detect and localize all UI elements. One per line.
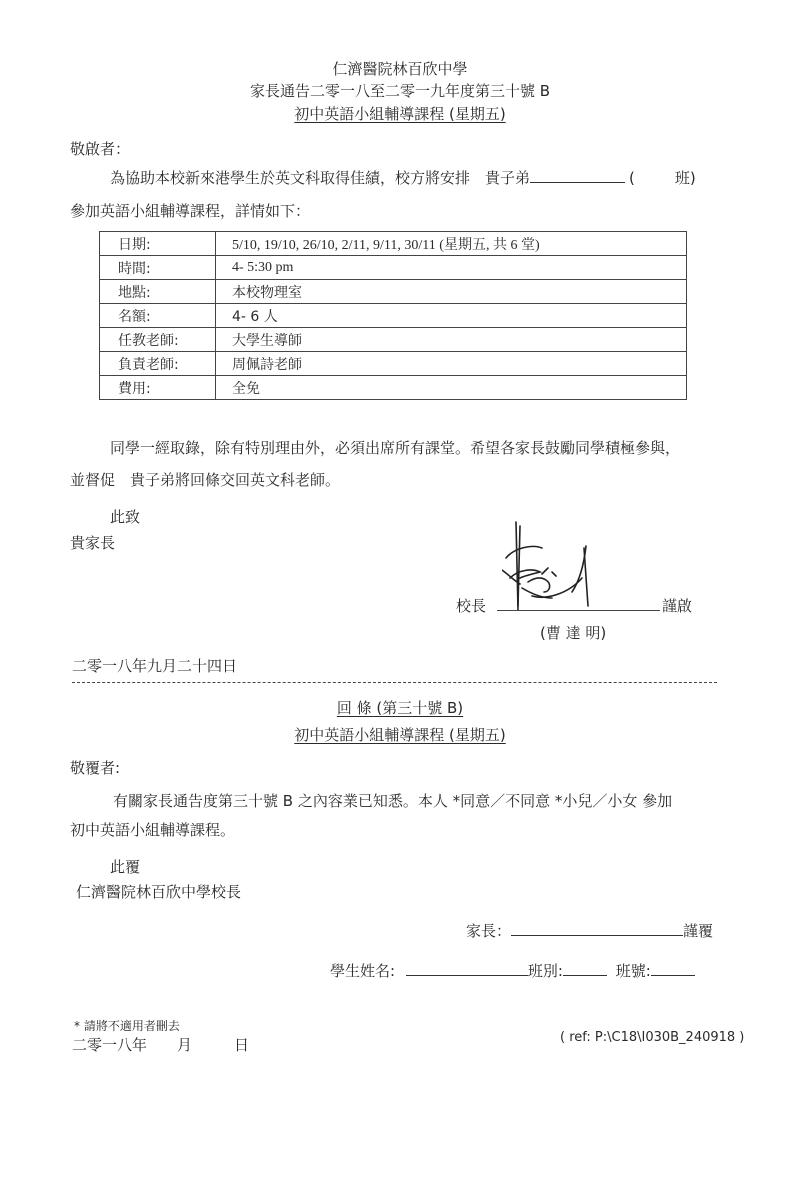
course-details-table: 日期:5/10, 19/10, 26/10, 2/11, 9/11, 30/11… [99, 231, 687, 400]
detail-value: 4- 5:30 pm [216, 256, 687, 280]
parent-label: 家長： [466, 922, 511, 940]
detail-label: 費用: [100, 376, 216, 400]
detail-label: 地點: [100, 280, 216, 304]
detail-label: 負責老師: [100, 352, 216, 376]
class-number-field[interactable] [651, 961, 695, 976]
principal-suffix: 謹啟 [662, 595, 692, 616]
class-field-label: 班別: [528, 962, 563, 980]
letter-date: 二零一八年九月二十四日 [72, 655, 237, 676]
closing-recipient: 貴家長 [70, 532, 115, 553]
table-row: 費用:全免 [100, 376, 687, 400]
principal-signature-icon [502, 518, 612, 613]
reply-body-line1: 有關家長通告度第三十號 B 之內容業已知悉。本人 *同意／不同意 *小兒／小女 … [113, 790, 672, 811]
detail-value: 周佩詩老師 [216, 352, 687, 376]
para2-line1: 同學一經取錄，除有特別理由外，必須出席所有課堂。希望各家長鼓勵同學積極參與， [110, 437, 680, 458]
school-name: 仁濟醫院林百欣中學 [0, 58, 800, 79]
notice-number: 家長通告二零一八至二零一九年度第三十號 B [0, 80, 800, 101]
detail-label: 時間: [100, 256, 216, 280]
table-row: 任教老師:大學生導師 [100, 328, 687, 352]
reply-slip-title: 回 條 (第三十號 B) [0, 697, 800, 718]
para1-line1-prefix: 為協助本校新來港學生於英文科取得佳績，校方將安排 貴子弟 [110, 169, 530, 187]
reference-code: ( ref: P:\C18\I030B_240918 ) [560, 1030, 744, 1045]
notice-title: 初中英語小組輔導課程 (星期五) [0, 103, 800, 124]
detail-value: 本校物理室 [216, 280, 687, 304]
reply-date: 二零一八年月日 [72, 1034, 249, 1055]
table-row: 時間:4- 5:30 pm [100, 256, 687, 280]
class-label: 班) [675, 169, 696, 187]
reply-date-day: 日 [234, 1036, 249, 1054]
para1-line1: 為協助本校新來港學生於英文科取得佳績，校方將安排 貴子弟(班) [110, 167, 696, 188]
detail-label: 日期: [100, 232, 216, 256]
reply-slip-subtitle: 初中英語小組輔導課程 (星期五) [0, 724, 800, 745]
reply-slip-subtitle-text: 初中英語小組輔導課程 (星期五) [294, 726, 505, 744]
parent-suffix: 謹覆 [683, 922, 713, 940]
student-name-field[interactable] [406, 961, 528, 976]
parent-signature-row: 家長：謹覆 [466, 920, 713, 941]
salutation: 敬啟者： [70, 138, 130, 159]
para2-line2: 並督促 貴子弟將回條交回英文科老師。 [70, 469, 340, 490]
reply-closing: 此覆 [110, 856, 140, 877]
detail-value: 大學生導師 [216, 328, 687, 352]
class-number-label: 班號: [616, 962, 651, 980]
principal-label: 校長 [456, 595, 486, 616]
class-open-paren: ( [629, 169, 635, 187]
principal-name: (曹 達 明) [540, 622, 606, 643]
student-info-row: 學生姓名: 班別: 班號: [330, 960, 695, 981]
detail-value: 5/10, 19/10, 26/10, 2/11, 9/11, 30/11 (星… [216, 232, 687, 256]
student-name-label: 學生姓名: [330, 962, 395, 980]
reply-date-year: 二零一八年 [72, 1036, 147, 1054]
reply-salutation: 敬覆者: [70, 757, 120, 778]
table-row: 地點:本校物理室 [100, 280, 687, 304]
detail-value: 全免 [216, 376, 687, 400]
para1-line2: 參加英語小組輔導課程，詳情如下： [70, 200, 310, 221]
reply-slip-title-text: 回 條 (第三十號 B) [337, 699, 463, 717]
table-row: 名額:4- 6 人 [100, 304, 687, 328]
table-row: 負責老師:周佩詩老師 [100, 352, 687, 376]
reply-body-line2: 初中英語小組輔導課程。 [70, 819, 235, 840]
detail-label: 名額: [100, 304, 216, 328]
footnote: * 請將不適用者刪去 [74, 1017, 180, 1034]
closing-regards: 此致 [110, 506, 140, 527]
class-field[interactable] [563, 961, 607, 976]
parent-signature-field[interactable] [511, 921, 683, 936]
child-name-blank[interactable] [530, 168, 625, 183]
notice-title-text: 初中英語小組輔導課程 (星期五) [294, 105, 505, 123]
reply-date-month: 月 [177, 1036, 192, 1054]
principal-signature-line [497, 610, 660, 611]
detail-label: 任教老師: [100, 328, 216, 352]
reply-recipient: 仁濟醫院林百欣中學校長 [76, 881, 241, 902]
detail-value: 4- 6 人 [216, 304, 687, 328]
table-row: 日期:5/10, 19/10, 26/10, 2/11, 9/11, 30/11… [100, 232, 687, 256]
tear-off-divider [72, 682, 717, 683]
